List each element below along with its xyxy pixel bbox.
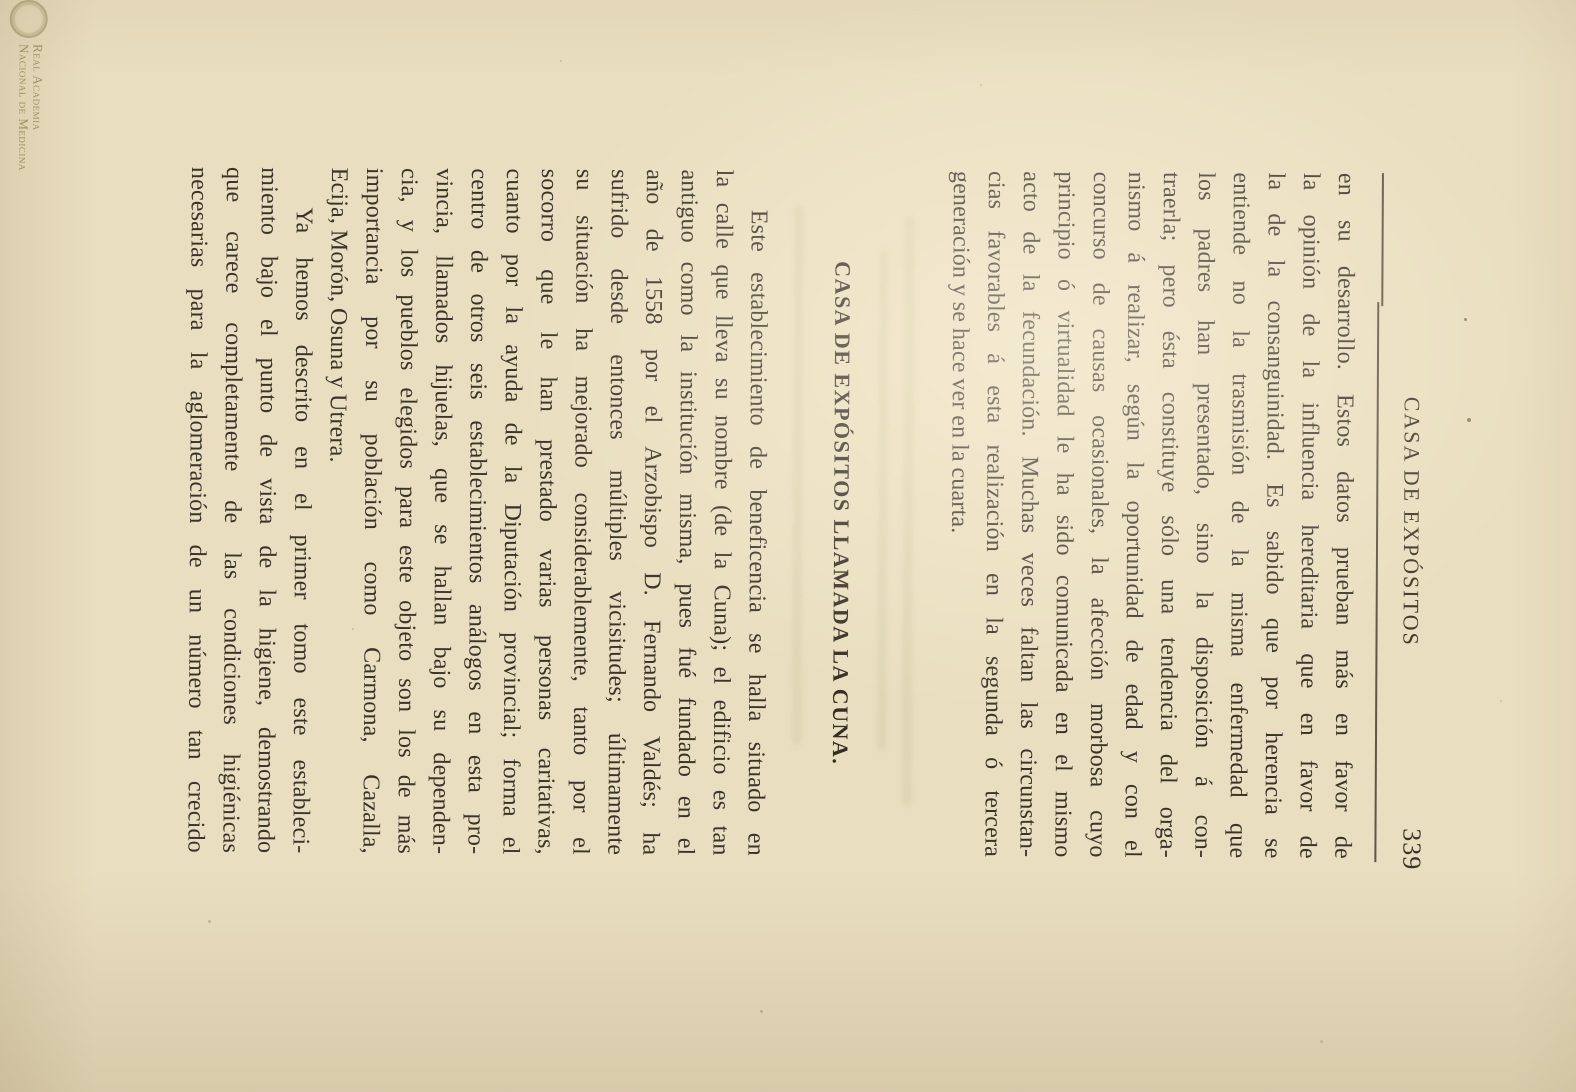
text-line: acto de la fecundación. Muchas veces fal…	[1005, 171, 1044, 857]
library-stamp-line1: Real Academia	[30, 44, 45, 171]
text-line: la de la consanguinidad. Es sabido que p…	[1250, 172, 1289, 858]
text-line: que carece completamente de las condicio…	[208, 167, 247, 853]
text-line: socorro que le han prestado varias perso…	[523, 169, 562, 855]
page-title: CASA DE EXPÓSITOS	[1396, 173, 1426, 870]
paragraph: en su desarrollo. Estos datos prueban má…	[935, 171, 1359, 859]
paragraph: Este establecimiento de beneficencia se …	[173, 167, 772, 856]
bleed-through-mark	[877, 250, 889, 750]
paragraph: Ya hemos descrito en el primer tomo este…	[173, 167, 317, 854]
text-line: vincia, llamados hijuelas, que se hallan…	[418, 168, 457, 854]
text-line: cias favorables á esta realización en la…	[970, 171, 1009, 857]
paragraph: Este establecimiento de beneficencia se …	[313, 168, 772, 856]
text-line: generación y se hace ver en la cuarta.	[935, 171, 974, 857]
bleed-through-mark	[902, 216, 915, 806]
bleed-through-mark	[792, 205, 804, 745]
text-line: traerla; pero ésta constituye sólo una t…	[1145, 172, 1184, 858]
text-line: sufrido desde entonces múltiples vicisit…	[593, 169, 632, 855]
section-heading: CASA DE EXPÓSITOS LLAMADA LA CUNA.	[817, 170, 856, 856]
text-line: Este establecimiento de beneficencia se …	[733, 170, 772, 856]
header-rule	[1374, 302, 1379, 862]
text-line: importancia por su población como Carmon…	[348, 168, 387, 854]
text-line: año de 1558 por el Arzobispo D. Fernando…	[628, 169, 667, 855]
text-line: principio ó virtualidad le ha sido comun…	[1040, 171, 1079, 857]
book-scan: CASA DE EXPÓSITOS 339 en su desarrollo. …	[0, 0, 1576, 1092]
text-line: concurso de causas ocasionales, la afecc…	[1075, 172, 1114, 858]
text-line: nismo á realizar, según la oportunidad d…	[1110, 172, 1149, 858]
book-page: CASA DE EXPÓSITOS 339 en su desarrollo. …	[0, 0, 1576, 1092]
text-line: cia, y los pueblos elegidos para este ob…	[383, 168, 422, 854]
header-rule	[1381, 173, 1384, 306]
text-line: antiguo como la institución misma, pues …	[663, 169, 702, 855]
page-number: 339	[1396, 828, 1426, 870]
library-stamp: Real Academia Nacional de Medicina	[2, 0, 51, 230]
library-stamp-line2: Nacional de Medicina	[16, 44, 31, 171]
text-line: miento bajo el punto de vista de la higi…	[243, 167, 282, 853]
text-line: su situación ha mejorado considerablemen…	[558, 169, 597, 855]
text-line: cuanto por la ayuda de la Diputación pro…	[488, 168, 527, 854]
running-head: CASA DE EXPÓSITOS 339	[1390, 173, 1428, 870]
text-line: centro de otros seis establecimientos an…	[453, 168, 492, 854]
text-line: la opinión de la influencia hereditaria …	[1285, 173, 1324, 859]
text-line: entiende no la trasmisión de la misma en…	[1215, 172, 1254, 858]
text-line: en su desarrollo. Estos datos prueban má…	[1320, 173, 1359, 859]
text-line: Ya hemos descrito en el primer tomo este…	[278, 167, 317, 853]
text-line: necesarias para la aglomeración de un nú…	[173, 167, 212, 853]
library-stamp-text: Real Academia Nacional de Medicina	[16, 44, 45, 171]
text-line: Ecija, Morón, Osuna y Utrera.	[313, 168, 352, 854]
text-line: la calle que lleva su nombre (de la Cuna…	[698, 170, 737, 856]
text-line: los padres han presentado, sino la dispo…	[1180, 172, 1219, 858]
seal-icon	[10, 0, 48, 38]
